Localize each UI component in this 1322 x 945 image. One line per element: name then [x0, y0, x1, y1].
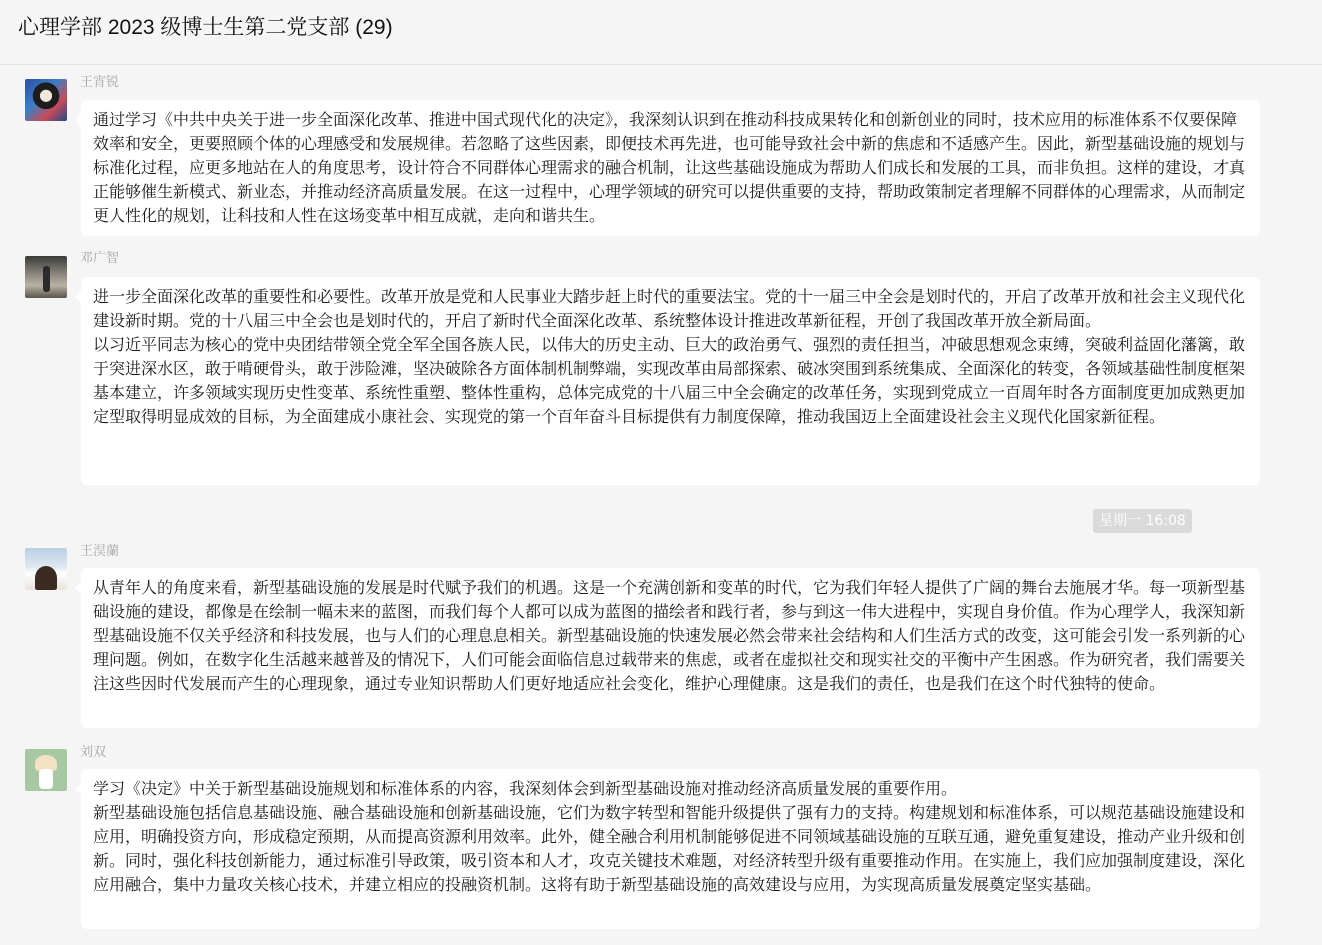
sender-name: 邓广智 — [80, 251, 119, 267]
avatar-icon[interactable] — [25, 79, 67, 121]
avatar-icon[interactable] — [25, 749, 67, 791]
sender-name: 王淏蘭 — [80, 544, 119, 560]
message-list[interactable]: 王宵锐 通过学习《中共中央关于进一步全面深化改革、推进中国式现代化的决定》，我深… — [0, 66, 1322, 945]
message-bubble[interactable]: 学习《决定》中关于新型基础设施规划和标准体系的内容，我深刻体会到新型基础设施对推… — [81, 769, 1260, 929]
chat-title: 心理学部 2023 级博士生第二党支部 (29) — [18, 14, 393, 42]
sender-name: 王宵锐 — [80, 75, 119, 91]
avatar-icon[interactable] — [25, 256, 67, 298]
message-bubble[interactable]: 通过学习《中共中央关于进一步全面深化改革、推进中国式现代化的决定》，我深刻认识到… — [81, 100, 1260, 236]
message-bubble[interactable]: 从青年人的角度来看，新型基础设施的发展是时代赋予我们的机遇。这是一个充满创新和变… — [81, 568, 1260, 728]
chat-header: 心理学部 2023 级博士生第二党支部 (29) — [0, 0, 1322, 65]
message-bubble[interactable]: 进一步全面深化改革的重要性和必要性。改革开放是党和人民事业大踏步赶上时代的重要法… — [81, 277, 1260, 485]
sender-name: 刘双 — [80, 745, 106, 761]
avatar-icon[interactable] — [25, 548, 67, 590]
timestamp-divider: 星期一 16:08 — [1093, 509, 1192, 533]
